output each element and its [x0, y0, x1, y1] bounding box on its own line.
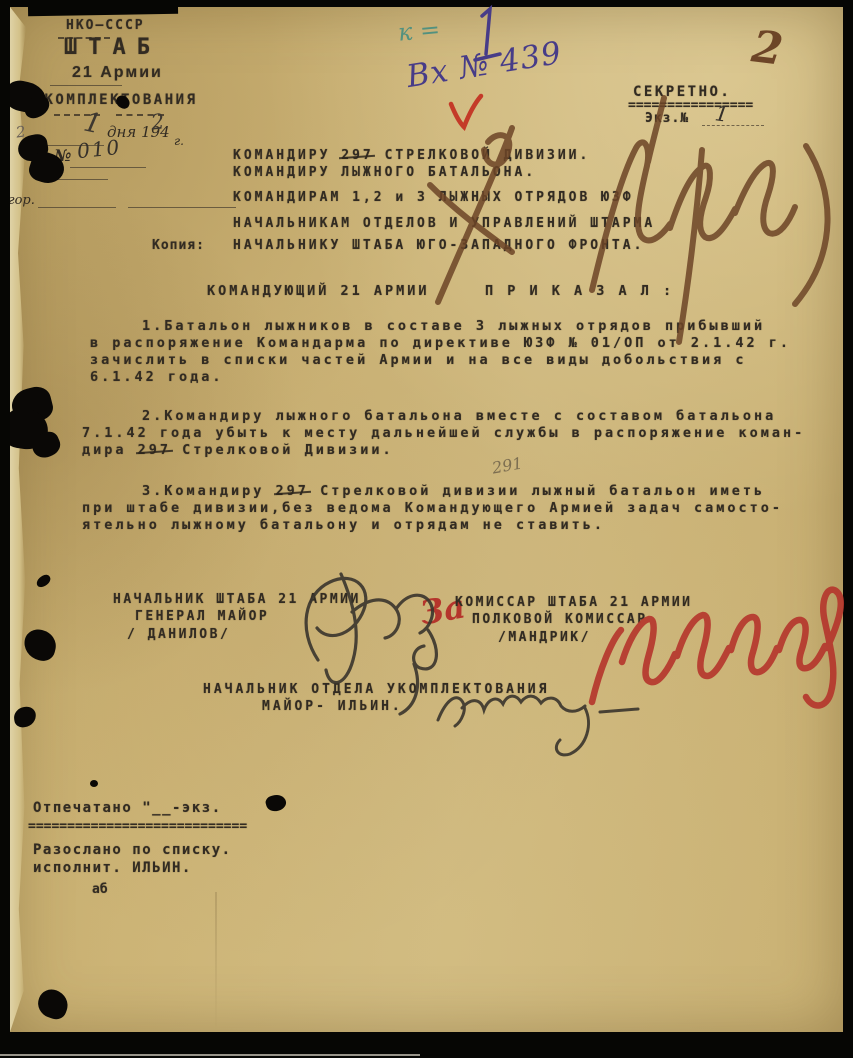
handwritten-copy-number: 1 [713, 101, 730, 127]
dept-chief-title: НАЧАЛЬНИК ОТДЕЛА УКОМПЛЕКТОВАНИЯ [203, 682, 549, 697]
struck-division-number: 297 [341, 148, 373, 163]
city-label: гор. [10, 193, 35, 208]
recipient-line: НАЧАЛЬНИКУ ШТАБА ЮГО-ЗАПАДНОГО ФРОНТА. [233, 238, 644, 253]
pencil-correction-number: 291 [491, 453, 524, 477]
handwritten-number-value: 010 [76, 135, 122, 163]
chief-of-staff-name: / ДАНИЛОВ/ [127, 627, 230, 642]
paper-crease [215, 892, 217, 1032]
ink-blot [264, 793, 288, 814]
recipient-line: КОМАНДИРУ 297 СТРЕЛКОВОЙ ДИВИЗИИ. [233, 148, 590, 163]
handwritten-date-year: 2 [150, 109, 166, 134]
paper-hole [34, 986, 72, 1023]
paragraph-text: Стрелковой дивизии лыжный батальон иметь [309, 483, 765, 499]
paragraph-text: Стрелковой Дивизии. [171, 442, 394, 458]
paragraph-text: дира [82, 442, 138, 458]
recipient-text: СТРЕЛКОВОЙ ДИВИЗИИ. [374, 148, 591, 163]
paragraph-line: дира 297 Стрелковой Дивизии. [82, 442, 394, 458]
paper-hole [35, 573, 53, 589]
paragraph-line: ятельно лыжному батальону и отрядам не с… [82, 517, 605, 533]
commissar-title: КОМИССАР ШТАБА 21 АРМИИ [455, 595, 693, 610]
handwritten-date-day: 1 [81, 107, 104, 141]
ink-speck [90, 780, 98, 787]
printed-copies-line: Отпечатано "__-экз. [33, 800, 222, 816]
recipient-line: КОМАНДИРАМ 1,2 и 3 ЛЫЖНЫХ ОТРЯДОВ ЮЗФ [233, 190, 634, 205]
commissar-name: /МАНДРИК/ [498, 630, 591, 645]
dept-chief-name: МАЙОР- ИЛЬИН. [262, 699, 403, 714]
photo-frame-edge [28, 0, 178, 16]
paragraph-line: 7.1.42 года убыть к месту дальнейшей слу… [82, 425, 805, 441]
executor-line: исполнит. ИЛЬИН. [33, 860, 192, 876]
distributed-line: Разослано по списку. [33, 842, 232, 858]
city-blank-line [128, 207, 236, 208]
paper-hole [21, 627, 59, 664]
chief-of-staff-rank: ГЕНЕРАЛ МАЙОР [135, 609, 269, 624]
letterhead-org: НКО—СССР [66, 18, 145, 33]
photo-frame-edge [0, 1054, 420, 1056]
city-blank-line [38, 207, 116, 208]
paragraph-line: 3.Командиру 297 Стрелковой дивизии лыжны… [142, 483, 765, 499]
commissar-rank: ПОЛКОВОЙ КОМИССАР [472, 612, 648, 627]
teal-pencil-mark: к = [397, 15, 441, 47]
paragraph-line: 6.1.42 года. [90, 369, 224, 385]
copy-blank-line [702, 125, 764, 126]
torn-paper-edge [10, 7, 26, 1032]
paragraph-line: при штабе дивизии,без ведома Командующег… [82, 500, 783, 516]
letterhead-staff: ШТАБ [64, 35, 161, 60]
order-heading-army: КОМАНДУЮЩИЙ 21 АРМИИ [207, 283, 430, 299]
document-photo: НКО—СССР ШТАБ 21 Армии ОТДЕЛ УКОМПЛЕКТОВ… [0, 0, 853, 1058]
struck-division-number: 297 [276, 483, 309, 499]
date-suffix: г. [174, 134, 184, 148]
chief-of-staff-title: НАЧАЛЬНИК ШТАБА 21 АРМИИ [113, 592, 361, 607]
document-paper: НКО—СССР ШТАБ 21 Армии ОТДЕЛ УКОМПЛЕКТОВ… [10, 7, 843, 1032]
paragraph-line: 2.Командиру лыжного батальона вместе с с… [142, 408, 776, 424]
paragraph-text: 3.Командиру [142, 483, 276, 499]
page-number: 2 [749, 21, 786, 75]
paragraph-line: зачислить в списки частей Армии и на все… [90, 352, 747, 368]
letterhead-army: 21 Армии [72, 64, 163, 82]
paragraph-line: 1.Батальон лыжников в составе 3 лыжных о… [142, 318, 765, 334]
order-heading-verb: П Р И К А З А Л : [485, 283, 674, 299]
typist-initials: аб [92, 882, 108, 897]
paragraph-line: в распоряжение Командарма по директиве Ю… [90, 335, 791, 351]
copy-label: Экз.№ [645, 111, 689, 126]
footer-rule: ============================ [28, 819, 247, 834]
letterhead-rule [50, 85, 122, 86]
recipient-line: КОМАНДИРУ ЛЫЖНОГО БАТАЛЬОНА. [233, 165, 536, 180]
recipient-line: НАЧАЛЬНИКАМ ОТДЕЛОВ И УПРАВЛЕНИЙ ШТАРМА [233, 216, 655, 231]
struck-division-number: 297 [138, 442, 171, 458]
recipient-text: КОМАНДИРУ [233, 148, 341, 163]
copy-recipient-label: Копия: [152, 238, 205, 253]
number-blank-line [70, 167, 146, 168]
